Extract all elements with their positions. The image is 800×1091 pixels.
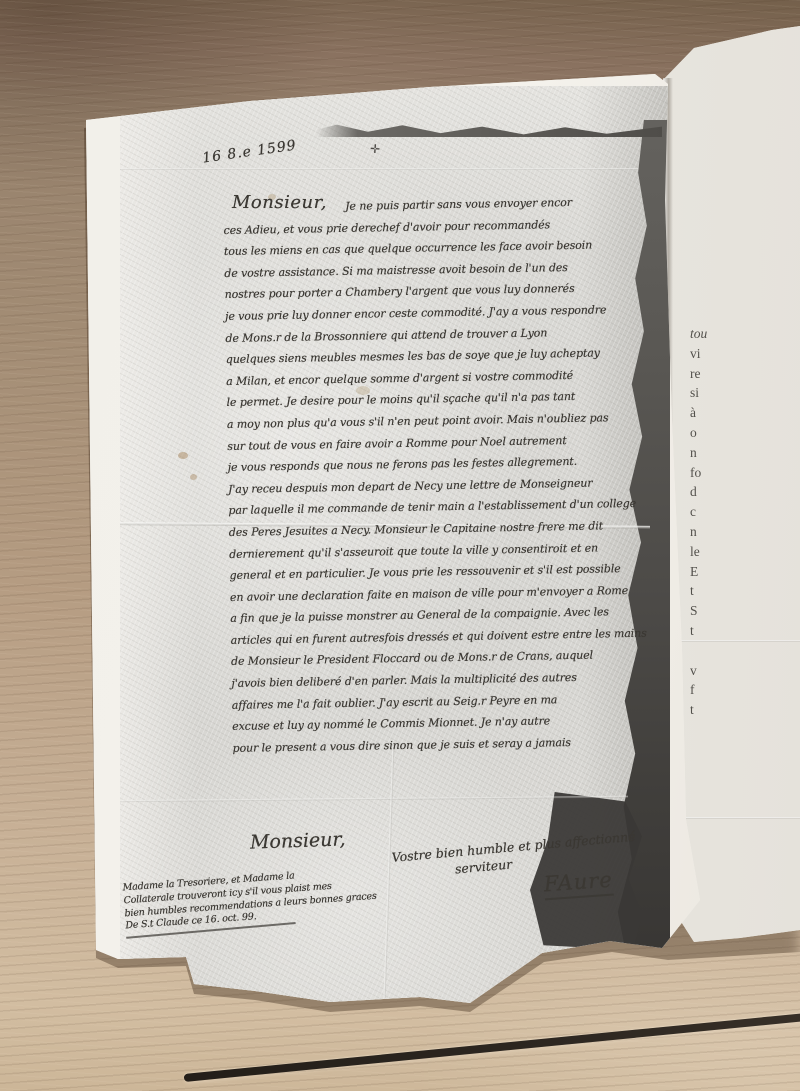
text-fragment-line: re xyxy=(690,364,707,384)
text-fragment-line: fo xyxy=(690,463,707,483)
text-fragment-line: d xyxy=(690,482,707,502)
right-page-text-fragments: touviresiàonfodcnleEtSt vft xyxy=(690,324,707,720)
text-fragment-line xyxy=(690,641,707,661)
letter-facsimile: 16 8.e 1599 ✛ Monsieur, Je ne puis parti… xyxy=(120,86,668,1008)
text-fragment-line: le xyxy=(690,542,707,562)
text-fragment-line: t xyxy=(690,700,707,720)
text-fragment-line: si xyxy=(690,383,707,403)
paper-stain xyxy=(178,452,188,459)
text-fragment-line: S xyxy=(690,601,707,621)
paper-fold-crease xyxy=(120,796,628,802)
text-fragment-line: tou xyxy=(690,324,707,344)
text-fragment-line: n xyxy=(690,522,707,542)
text-fragment-line: f xyxy=(690,680,707,700)
text-fragment-line: n xyxy=(690,443,707,463)
letter-signature: FAure xyxy=(543,868,614,901)
text-fragment-line: t xyxy=(690,621,707,641)
letter-closing-salutation: Monsieur, xyxy=(250,828,346,853)
text-fragment-line: t xyxy=(690,581,707,601)
paper-stain xyxy=(190,474,197,480)
text-fragment-line: o xyxy=(690,423,707,443)
letter-date-annotation: 16 8.e 1599 xyxy=(201,137,297,166)
text-fragment-line: vi xyxy=(690,344,707,364)
right-page-crease xyxy=(666,640,800,642)
archive-cross-mark: ✛ xyxy=(370,142,381,157)
text-fragment-line: à xyxy=(690,403,707,423)
letter-body: Je ne puis partir sans vous envoyer enco… xyxy=(223,190,671,759)
right-page-crease xyxy=(666,817,800,819)
text-fragment-line: v xyxy=(690,661,707,681)
facsimile-torn-top-edge xyxy=(316,124,662,137)
paper-fold-crease xyxy=(120,168,638,170)
text-fragment-line: c xyxy=(690,502,707,522)
letter-postscript: Madame la Tresoriere, et Madame laCollat… xyxy=(122,866,365,938)
text-fragment-line: E xyxy=(690,562,707,582)
book-photo-scene: touviresiàonfodcnleEtSt vft 16 8.e 1599 … xyxy=(0,0,800,1091)
